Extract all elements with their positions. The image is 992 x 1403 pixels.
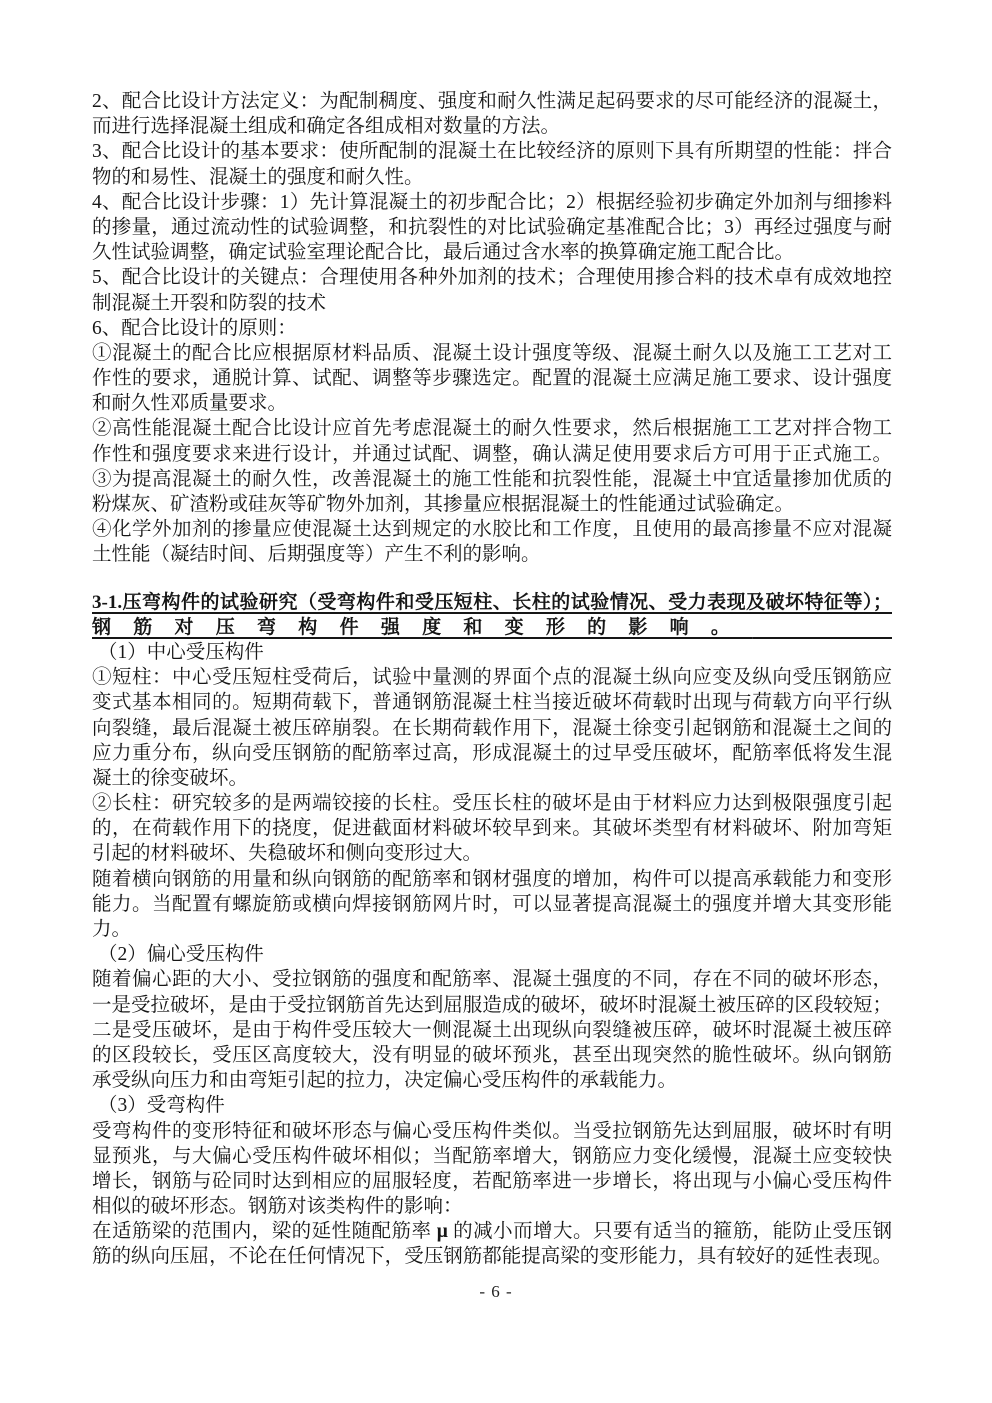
text-line: 一是受拉破坏，是由于受拉钢筋首先达到屈服造成的破坏，破坏时混凝土被压碎的区段较短… — [92, 993, 892, 1018]
text-line: 力。 — [92, 917, 892, 942]
text-line: 粉煤灰、矿渣粉或硅灰等矿物外加剂，其掺量应根据混凝土的性能通过试验确定。 — [92, 492, 892, 517]
text-line: 承受纵向压力和由弯矩引起的拉力，决定偏心受压构件的承载能力。 — [92, 1068, 892, 1093]
text-line: 6、配合比设计的原则： — [92, 316, 892, 341]
text-line: 显预兆，与大偏心受压构件破坏相似；当配筋率增大，钢筋应力变化缓慢，混凝土应变较快 — [92, 1144, 892, 1169]
text-line: ③为提高混凝土的耐久性，改善混凝土的施工性能和抗裂性能，混凝土中宜适量掺加优质的 — [92, 467, 892, 492]
text-line: 筋的纵向压屈，不论在任何情况下，受压钢筋都能提高梁的变形能力，具有较好的延性表现… — [92, 1244, 892, 1269]
text-line: 的区段较长，受压区高度较大，没有明显的破坏预兆，甚至出现突然的脆性破坏。纵向钢筋 — [92, 1043, 892, 1068]
text-line: 受弯构件的变形特征和破坏形态与偏心受压构件类似。当受拉钢筋先达到屈服，破坏时有明 — [92, 1119, 892, 1144]
text-line: ②长柱：研究较多的是两端铰接的长柱。受压长柱的破坏是由于材料应力达到极限强度引起 — [92, 791, 892, 816]
text-line: 变式基本相同的。短期荷载下，普通钢筋混凝土柱当接近破坏荷载时出现与荷载方向平行纵 — [92, 690, 892, 715]
text-line: 随着偏心距的大小、受拉钢筋的强度和配筋率、混凝土强度的不同，存在不同的破坏形态， — [92, 967, 892, 992]
heading-line: 钢筋对压弯构件强度和变形的影响。 — [92, 615, 892, 640]
text-line: 物的和易性、混凝土的强度和耐久性。 — [92, 165, 892, 190]
text-line: 引起的材料破坏、失稳破坏和侧向变形过大。 — [92, 841, 892, 866]
text-line: 应力重分布，纵向受压钢筋的配筋率过高，形成混凝土的过早受压破坏，配筋率低将发生混 — [92, 741, 892, 766]
text-line: 向裂缝，最后混凝土被压碎崩裂。在长期荷载作用下，混凝土徐变引起钢筋和混凝土之间的 — [92, 716, 892, 741]
text-line: 二是受压破坏，是由于构件受压较大一侧混凝土出现纵向裂缝被压碎，破坏时混凝土被压碎 — [92, 1018, 892, 1043]
text-line: 增长，钢筋与砼同时达到相应的屈服轻度，若配筋率进一步增长，将出现与小偏心受压构件 — [92, 1169, 892, 1194]
text-line: 的掺量，通过流动性的试验调整，和抗裂性的对比试验确定基准配合比；3）再经过强度与… — [92, 215, 892, 240]
text-line: （1）中心受压构件 — [92, 640, 892, 665]
text-line: 在适筋梁的范围内，梁的延性随配筋率 μ 的减小而增大。只要有适当的箍筋，能防止受… — [92, 1219, 892, 1244]
text-line: 而进行选择混凝土组成和确定各组成相对数量的方法。 — [92, 114, 892, 139]
document-body: 2、配合比设计方法定义：为配制稠度、强度和耐久性满足起码要求的尽可能经济的混凝土… — [92, 89, 892, 1270]
text-line: （2）偏心受压构件 — [92, 942, 892, 967]
text-line: 制混凝土开裂和防裂的技术 — [92, 291, 892, 316]
page-number: - 6 - — [0, 1281, 992, 1303]
text-line: 的，在荷载作用下的挠度，促进截面材料破坏较早到来。其破坏类型有材料破坏、附加弯矩 — [92, 816, 892, 841]
text-line: 土性能（凝结时间、后期强度等）产生不利的影响。 — [92, 542, 892, 567]
text-line: 凝土的徐变破坏。 — [92, 766, 892, 791]
text-line: ②高性能混凝土配合比设计应首先考虑混凝土的耐久性要求，然后根据施工工艺对拌合物工 — [92, 416, 892, 441]
bold-symbol: μ — [437, 1221, 448, 1242]
text-line: ①短柱：中心受压短柱受荷后，试验中量测的界面个点的混凝土纵向应变及纵向受压钢筋应 — [92, 665, 892, 690]
text-line: 作性的要求，通脱计算、试配、调整等步骤选定。配置的混凝土应满足施工要求、设计强度 — [92, 366, 892, 391]
document-page: 2、配合比设计方法定义：为配制稠度、强度和耐久性满足起码要求的尽可能经济的混凝土… — [0, 0, 992, 1403]
text-line: （3）受弯构件 — [92, 1093, 892, 1118]
text-line: 相似的破坏形态。钢筋对该类构件的影响： — [92, 1194, 892, 1219]
text-line: 能力。当配置有螺旋筋或横向焊接钢筋网片时，可以显著提高混凝土的强度并增大其变形能 — [92, 892, 892, 917]
text-segment: 在适筋梁的范围内，梁的延性随配筋率 — [92, 1221, 437, 1242]
text-line: 5、配合比设计的关键点：合理使用各种外加剂的技术；合理使用掺合料的技术卓有成效地… — [92, 265, 892, 290]
heading-line: 3-1.压弯构件的试验研究（受弯构件和受压短柱、长柱的试验情况、受力表现及破坏特… — [92, 590, 892, 615]
text-line: 作性和强度要求来进行设计，并通过试配、调整，确认满足使用要求后方可用于正式施工。 — [92, 442, 892, 467]
text-line: 4、配合比设计步骤：1）先计算混凝土的初步配合比；2）根据经验初步确定外加剂与细… — [92, 190, 892, 215]
text-line: 3、配合比设计的基本要求：使所配制的混凝土在比较经济的原则下具有所期望的性能：拌… — [92, 139, 892, 164]
text-line: 2、配合比设计方法定义：为配制稠度、强度和耐久性满足起码要求的尽可能经济的混凝土… — [92, 89, 892, 114]
text-line: 和耐久性邓质量要求。 — [92, 391, 892, 416]
text-line: 久性试验调整，确定试验室理论配合比，最后通过含水率的换算确定施工配合比。 — [92, 240, 892, 265]
text-segment: 的减小而增大。只要有适当的箍筋，能防止受压钢 — [448, 1221, 892, 1242]
text-line: ④化学外加剂的掺量应使混凝土达到规定的水胶比和工作度，且使用的最高掺量不应对混凝 — [92, 517, 892, 542]
text-line: ①混凝土的配合比应根据原材料品质、混凝土设计强度等级、混凝土耐久以及施工工艺对工 — [92, 341, 892, 366]
text-line: 随着横向钢筋的用量和纵向钢筋的配筋率和钢材强度的增加，构件可以提高承载能力和变形 — [92, 867, 892, 892]
